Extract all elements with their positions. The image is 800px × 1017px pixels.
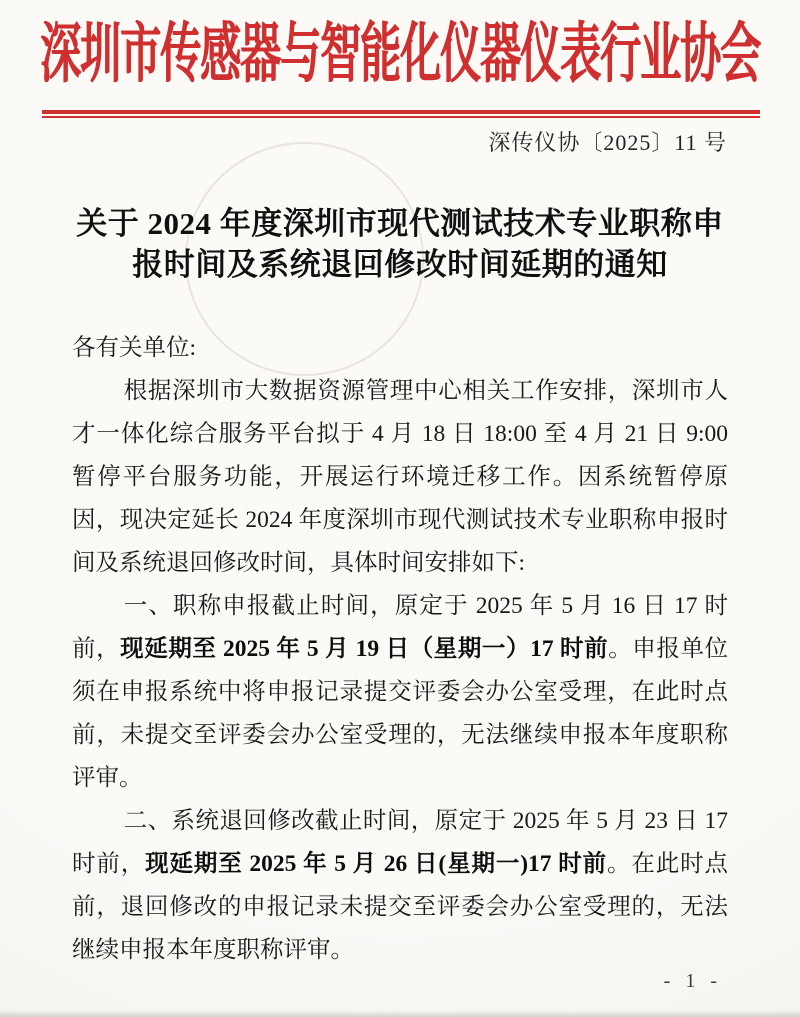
document-body: 各有关单位: 根据深圳市大数据资源管理中心相关工作安排，深圳市人才一体化综合服务… [72,327,728,972]
document-number: 深传仪协〔2025〕11 号 [488,126,727,157]
paragraph-intro-text: 根据深圳市大数据资源管理中心相关工作安排，深圳市人才一体化综合服务平台拟于 4 … [72,378,728,576]
document-title: 关于 2024 年度深圳市现代测试技术专业职称申 报时间及系统退回修改时间延期的… [40,203,760,285]
org-name-header: 深圳市传感器与智能化仪器仪表行业协会 [0,22,800,87]
divider-line-bottom [42,116,760,118]
paragraph-item-1: 一、职称申报截止时间，原定于 2025 年 5 月 16 日 17 时前，现延期… [72,585,728,800]
red-header-divider [42,110,760,118]
paragraph-item-2: 二、系统退回修改截止时间，原定于 2025 年 5 月 23 日 17 时前，现… [72,800,728,972]
document-title-line-2: 报时间及系统退回修改时间延期的通知 [40,244,760,285]
salutation: 各有关单位: [72,327,728,370]
item-1-new-deadline: 现延期至 2025 年 5 月 19 日（星期一）17 时前 [120,636,608,662]
page-number: - 1 - [664,970,722,993]
scanned-notice-page: 深圳市传感器与智能化仪器仪表行业协会 深传仪协〔2025〕11 号 关于 202… [0,0,800,1017]
paragraph-intro: 根据深圳市大数据资源管理中心相关工作安排，深圳市人才一体化综合服务平台拟于 4 … [72,370,728,585]
item-2-new-deadline: 现延期至 2025 年 5 月 26 日(星期一)17 时前 [145,851,607,877]
document-title-line-1: 关于 2024 年度深圳市现代测试技术专业职称申 [40,203,760,244]
